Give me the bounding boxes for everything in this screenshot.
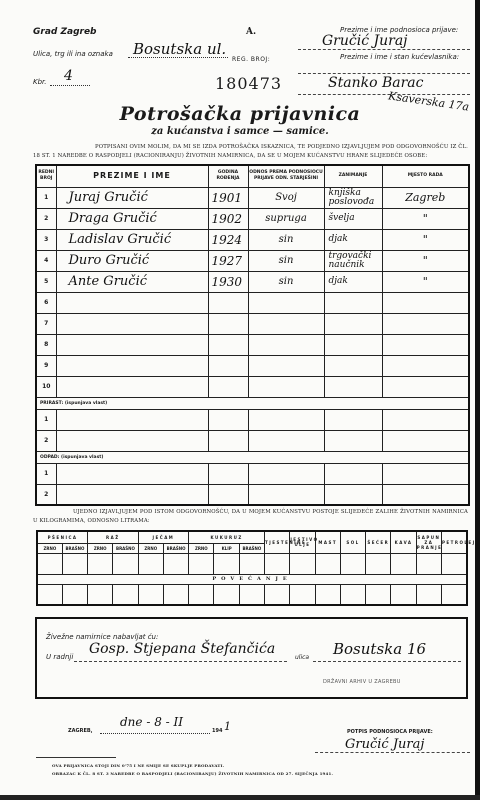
col-flour: BRAŠNO <box>113 543 138 553</box>
stock-cell[interactable] <box>442 553 468 574</box>
owner-label: Prezime i ime i stan kućevlasnika: <box>340 53 459 61</box>
stock-cell[interactable] <box>88 584 113 605</box>
name-cell[interactable] <box>56 292 208 313</box>
row-number: 3 <box>36 229 56 250</box>
col-grain: ZRNO <box>189 543 214 553</box>
relation-cell[interactable] <box>248 376 324 397</box>
name-cell[interactable] <box>56 334 208 355</box>
signature-label: POTPIS PODNOSIOCA PRIJAVE: <box>347 729 433 735</box>
persons-table: REDNI BROJ PREZIME I IME GODINA ROĐENJA … <box>35 164 470 506</box>
stock-cell[interactable] <box>163 584 188 605</box>
name-cell[interactable]: Juraj Gručić <box>56 187 208 208</box>
name-cell[interactable] <box>56 484 208 505</box>
table-row: 10 <box>36 376 469 397</box>
date-field[interactable]: dne - 8 - II <box>120 715 183 729</box>
stock-cell[interactable] <box>290 553 315 574</box>
stock-declaration: UJEDNO IZJAVLJUJEM POD ISTOM ODGOVORNOŠĆ… <box>33 508 468 526</box>
stock-cell[interactable] <box>315 584 340 605</box>
reg-number: 180473 <box>215 74 282 93</box>
year-cell[interactable]: 1924 <box>208 229 248 250</box>
table-row: 5 Ante Gručić 1930 sin djak " <box>36 271 469 292</box>
footnote-divider <box>36 757 116 758</box>
shop-label: Živežne namirnice nabavljat ću: <box>46 633 158 641</box>
stock-cell[interactable] <box>391 553 416 574</box>
relation-cell[interactable] <box>248 292 324 313</box>
departure-section-row: ODPAD: (ispunjava vlast) <box>36 451 469 463</box>
stock-cell[interactable] <box>265 584 290 605</box>
signature-line <box>315 752 470 753</box>
place-label: ZAGREB, <box>68 728 93 734</box>
col-birth-year: GODINA ROĐENJA <box>208 165 248 187</box>
col-corn: KUKURUZ <box>189 531 265 543</box>
row-number: 5 <box>36 271 56 292</box>
row-number: 2 <box>36 430 56 451</box>
name-cell[interactable] <box>56 430 208 451</box>
col-coffee: KAVA <box>391 531 416 553</box>
name-cell[interactable]: Ladislav Gručić <box>56 229 208 250</box>
occupation-cell[interactable]: švelja <box>324 208 382 229</box>
year-cell[interactable]: 1930 <box>208 271 248 292</box>
col-relation: ODNOS PREMA PODNOSIOCU PRIJAVE ODN. STAR… <box>248 165 324 187</box>
stock-cell[interactable] <box>391 584 416 605</box>
col-kerosene: PETROLEJ <box>442 531 468 553</box>
table-row: 6 <box>36 292 469 313</box>
col-sugar: ŠEĆER <box>366 531 391 553</box>
shop-name-field[interactable]: Gosp. Stjepana Štefančića <box>89 641 275 657</box>
year-prefix: 194 <box>212 728 222 734</box>
occupation-cell[interactable]: knjiška poslovođa <box>324 187 382 208</box>
scan-edge-bottom <box>0 795 480 800</box>
owner-field[interactable]: Stanko Barac <box>328 75 423 91</box>
stock-cell[interactable] <box>163 553 188 574</box>
occupation-cell[interactable] <box>324 409 382 430</box>
reg-number-label: REG. BROJ: <box>232 56 270 63</box>
applicant-line <box>298 49 470 50</box>
year-cell[interactable]: 1901 <box>208 187 248 208</box>
form-title: Potrošačka prijavnica <box>0 103 480 125</box>
col-flour: BRAŠNO <box>239 543 264 553</box>
stock-header-row: PŠENICA RAŽ JEČAM KUKURUZ TJESTENINE JES… <box>37 531 467 543</box>
table-row: 1 Juraj Gručić 1901 Svoj knjiška poslovo… <box>36 187 469 208</box>
stock-cell[interactable] <box>416 584 441 605</box>
stock-cell[interactable] <box>239 584 264 605</box>
stock-cell[interactable] <box>189 553 214 574</box>
year-cell[interactable] <box>208 409 248 430</box>
col-rye: RAŽ <box>88 531 139 543</box>
workplace-cell[interactable]: Zagreb <box>382 187 469 208</box>
stock-cell[interactable] <box>416 553 441 574</box>
form-letter: A. <box>246 27 256 37</box>
col-flour: BRAŠNO <box>163 543 188 553</box>
relation-cell[interactable] <box>248 484 324 505</box>
applicant-field[interactable]: Gručić Juraj <box>322 33 408 49</box>
stock-cell[interactable] <box>265 553 290 574</box>
workplace-cell[interactable] <box>382 463 469 484</box>
shop-street-label: ulica <box>295 654 309 661</box>
row-number: 1 <box>36 187 56 208</box>
house-number-label: Kbr. <box>33 78 47 86</box>
owner-line <box>298 73 470 74</box>
stock-cell[interactable] <box>88 553 113 574</box>
shop-box: Živežne namirnice nabavljat ću: U radnji… <box>35 617 468 699</box>
stock-cell[interactable] <box>37 553 62 574</box>
relation-cell[interactable] <box>248 409 324 430</box>
row-number: 8 <box>36 334 56 355</box>
name-cell[interactable] <box>56 409 208 430</box>
relation-cell[interactable] <box>248 463 324 484</box>
relation-cell[interactable]: sin <box>248 271 324 292</box>
occupation-cell[interactable] <box>324 313 382 334</box>
shop-street-line <box>313 661 461 662</box>
shop-street-field[interactable]: Bosutska 16 <box>333 640 426 658</box>
year-cell[interactable] <box>208 430 248 451</box>
increase-row: POVEĆANJE <box>37 574 467 584</box>
departure-section-label: ODPAD: (ispunjava vlast) <box>36 451 469 463</box>
col-workplace: MJESTO RADA <box>382 165 469 187</box>
stock-values-row <box>37 553 467 574</box>
workplace-cell[interactable] <box>382 430 469 451</box>
row-number: 6 <box>36 292 56 313</box>
col-wheat: PŠENICA <box>37 531 88 543</box>
name-cell[interactable] <box>56 463 208 484</box>
stock-cell[interactable] <box>239 553 264 574</box>
workplace-cell[interactable] <box>382 334 469 355</box>
persons-header-row: REDNI BROJ PREZIME I IME GODINA ROĐENJA … <box>36 165 469 187</box>
stock-cell[interactable] <box>366 553 391 574</box>
name-cell[interactable]: Draga Gručić <box>56 208 208 229</box>
workplace-cell[interactable] <box>382 292 469 313</box>
year-cell[interactable] <box>208 376 248 397</box>
year-cell[interactable] <box>208 313 248 334</box>
workplace-cell[interactable]: " <box>382 250 469 271</box>
workplace-cell[interactable] <box>382 355 469 376</box>
row-number: 9 <box>36 355 56 376</box>
col-salt: SOL <box>340 531 365 553</box>
table-row: 7 <box>36 313 469 334</box>
col-grain: ZRNO <box>37 543 62 553</box>
year-cell[interactable] <box>208 355 248 376</box>
street-field[interactable]: Bosutska ul. <box>133 40 226 58</box>
stock-cell[interactable] <box>442 584 468 605</box>
workplace-cell[interactable] <box>382 376 469 397</box>
table-row: 2 Draga Gručić 1902 supruga švelja " <box>36 208 469 229</box>
form-subtitle: za kućanstva i samce — samice. <box>0 126 480 137</box>
year-cell[interactable] <box>208 334 248 355</box>
name-cell[interactable]: Duro Gručić <box>56 250 208 271</box>
stock-cell[interactable] <box>214 584 239 605</box>
city-heading: Grad Zagreb <box>33 27 97 37</box>
relation-cell[interactable] <box>248 334 324 355</box>
departure-row: 2 <box>36 484 469 505</box>
col-occupation: ZANIMANJE <box>324 165 382 187</box>
col-ordinal: REDNI BROJ <box>36 165 56 187</box>
street-label: Ulica, trg ili ina oznaka <box>33 50 113 58</box>
footnote-price: OVA PRIJAVNICA STOJI DIN 0'75 I NE SMIJE… <box>52 763 224 768</box>
stock-cell[interactable] <box>366 584 391 605</box>
col-flour: BRAŠNO <box>62 543 87 553</box>
name-cell[interactable] <box>56 355 208 376</box>
house-number-field[interactable]: 4 <box>64 68 73 84</box>
occupation-cell[interactable]: djak <box>324 229 382 250</box>
col-oil: JESTIVO ULJE <box>290 531 315 553</box>
row-number: 2 <box>36 208 56 229</box>
year-cell[interactable]: 1902 <box>208 208 248 229</box>
table-row: 9 <box>36 355 469 376</box>
stock-cell[interactable] <box>62 584 87 605</box>
col-grain: ZRNO <box>138 543 163 553</box>
increase-label: POVEĆANJE <box>37 574 467 584</box>
workplace-cell[interactable]: " <box>382 271 469 292</box>
name-cell[interactable] <box>56 376 208 397</box>
arrival-section-row: PRIRAST: (ispunjava vlast) <box>36 397 469 409</box>
relation-cell[interactable] <box>248 355 324 376</box>
row-number: 1 <box>36 409 56 430</box>
name-cell[interactable]: Ante Gručić <box>56 271 208 292</box>
date-line <box>100 733 210 734</box>
year-cell[interactable]: 1927 <box>208 250 248 271</box>
shop-in-label: U radnji <box>46 653 73 661</box>
stock-cell[interactable] <box>340 584 365 605</box>
row-number: 7 <box>36 313 56 334</box>
stock-cell[interactable] <box>62 553 87 574</box>
occupation-cell[interactable] <box>324 355 382 376</box>
occupation-cell[interactable]: trgovački naučnik <box>324 250 382 271</box>
table-row: 8 <box>36 334 469 355</box>
signature-field[interactable]: Gručić Juraj <box>345 737 424 752</box>
col-barley: JEČAM <box>138 531 189 543</box>
workplace-cell[interactable]: " <box>382 208 469 229</box>
departure-row: 1 <box>36 463 469 484</box>
row-number: 2 <box>36 484 56 505</box>
arrival-row: 2 <box>36 430 469 451</box>
col-cob: KLIP <box>214 543 239 553</box>
year-cell[interactable] <box>208 463 248 484</box>
occupation-cell[interactable] <box>324 484 382 505</box>
stock-cell[interactable] <box>290 584 315 605</box>
relation-cell[interactable]: sin <box>248 229 324 250</box>
stock-cell[interactable] <box>138 584 163 605</box>
occupation-cell[interactable] <box>324 334 382 355</box>
occupation-cell[interactable] <box>324 430 382 451</box>
stock-cell[interactable] <box>37 584 62 605</box>
workplace-cell[interactable] <box>382 409 469 430</box>
workplace-cell[interactable] <box>382 484 469 505</box>
occupation-cell[interactable]: djak <box>324 271 382 292</box>
year-cell[interactable] <box>208 484 248 505</box>
occupation-cell[interactable] <box>324 376 382 397</box>
table-row: 3 Ladislav Gručić 1924 sin djak " <box>36 229 469 250</box>
occupation-cell[interactable] <box>324 292 382 313</box>
intro-declaration: POTPISANI OVIM MOLIM, DA MI SE IZDA POTR… <box>33 143 468 161</box>
year-suffix-field[interactable]: 1 <box>224 720 231 733</box>
col-pasta: TJESTENINE <box>265 531 290 553</box>
col-lard: MAST <box>315 531 340 553</box>
shop-name-line <box>74 661 287 662</box>
row-number: 1 <box>36 463 56 484</box>
stock-cell[interactable] <box>315 553 340 574</box>
footnote-regulation: OBRAZAC K ČL. 8 ST. 3 NAREDBE O RASPODJE… <box>52 771 333 776</box>
relation-cell[interactable] <box>248 430 324 451</box>
relation-cell[interactable]: sin <box>248 250 324 271</box>
stock-cell[interactable] <box>214 553 239 574</box>
stock-cell[interactable] <box>113 553 138 574</box>
name-cell[interactable] <box>56 313 208 334</box>
archive-stamp: DRŽAVNI ARHIV U ZAGREBU <box>323 679 401 685</box>
workplace-cell[interactable] <box>382 313 469 334</box>
arrival-row: 1 <box>36 409 469 430</box>
stock-cell[interactable] <box>340 553 365 574</box>
col-grain: ZRNO <box>88 543 113 553</box>
house-number-line <box>50 85 90 86</box>
row-number: 4 <box>36 250 56 271</box>
relation-cell[interactable]: supruga <box>248 208 324 229</box>
stock-cell[interactable] <box>138 553 163 574</box>
arrival-section-label: PRIRAST: (ispunjava vlast) <box>36 397 469 409</box>
workplace-cell[interactable]: " <box>382 229 469 250</box>
relation-cell[interactable]: Svoj <box>248 187 324 208</box>
stock-table: PŠENICA RAŽ JEČAM KUKURUZ TJESTENINE JES… <box>36 530 468 606</box>
stock-cell[interactable] <box>189 584 214 605</box>
stock-cell[interactable] <box>113 584 138 605</box>
owner-line-2 <box>298 94 470 95</box>
increase-values-row <box>37 584 467 605</box>
occupation-cell[interactable] <box>324 463 382 484</box>
relation-cell[interactable] <box>248 313 324 334</box>
year-cell[interactable] <box>208 292 248 313</box>
col-name: PREZIME I IME <box>56 165 208 187</box>
row-number: 10 <box>36 376 56 397</box>
col-soap: SAPUN ZA PRANJE <box>416 531 441 553</box>
table-row: 4 Duro Gručić 1927 sin trgovački naučnik… <box>36 250 469 271</box>
